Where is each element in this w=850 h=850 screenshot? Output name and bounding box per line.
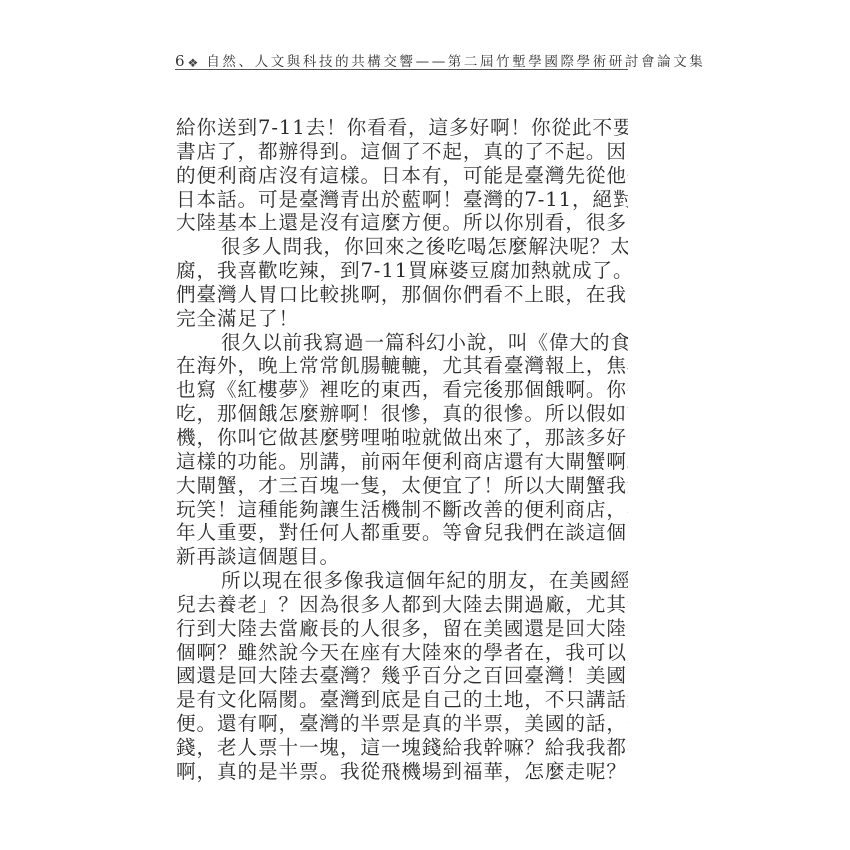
text-line: 給你送到7-11去！你看看，這多好啊！你從此不要去圖書館啦，也不用去大 xyxy=(176,116,628,140)
paragraph: 給你送到7-11去！你看看，這多好啊！你從此不要去圖書館啦，也不用去大 書店了，… xyxy=(176,116,628,235)
text-line: 日本話。可是臺灣青出於藍啊！臺灣的7-11，絕對超過日本、也超過大陸， xyxy=(176,188,628,212)
paragraph: 很多人問我，你回來之後吃喝怎麼解決呢？太簡單了！我要吃麻婆豆 腐，我喜歡吃辣，到… xyxy=(176,235,628,330)
text-line: 行到大陸去當廠長的人很多，留在美國還是回大陸去臺灣？最後決定是哪一 xyxy=(176,617,628,641)
text-line: 便。還有啊，臺灣的半票是真的半票，美國的話，去看電影，全票十二塊 xyxy=(176,712,628,736)
text-line: 錢，老人票十一塊，這一塊錢給我幹嘛？給我我都不要！臺灣的半票，各位 xyxy=(176,736,628,760)
text-line: 吃，那個餓怎麼辦啊！很慘，真的很慘。所以假如誰能發明一個食物製造 xyxy=(176,402,628,426)
text-line: 們臺灣人胃口比較挑啊，那個你們看不上眼，在我的話覺得已經是山珍海味 xyxy=(176,283,628,307)
text-line: 這樣的功能。別講，前兩年便利商店還有大閘蟹啊。別誤會了，那個是假的 xyxy=(176,450,628,474)
text-line: 完全滿足了！ xyxy=(176,307,628,331)
text-line: 大陸基本上還是沒有這麼方便。所以你別看，很多人是為了這個回來的。 xyxy=(176,211,628,235)
text-line: 的便利商店沒有這樣。日本有，可能是臺灣先從他們那邊學，「宅急便」是 xyxy=(176,164,628,188)
text-line: 兒去養老」？因為很多人都到大陸去開過廠，尤其我自己學電機，我們這一 xyxy=(176,593,628,617)
text-line: 啊，真的是半票。我從飛機場到福華，怎麼走呢？買張大友巴士一百四十 xyxy=(176,760,628,784)
text-line: 大閘蟹，才三百塊一隻，太便宜了！所以大閘蟹我還是在7-11吃的，不是開 xyxy=(176,474,628,498)
running-header: 6 ❖ 自然、人文與科技的共構交響——第二屆竹塹學國際學術研討會論文集 xyxy=(175,50,628,70)
text-line: 書店了，都辦得到。這個了不起，真的了不起。因為你到別的國家看，他們 xyxy=(176,140,628,164)
text-line: 年人重要，對任何人都重要。等會兒我們在談這個「V 托邦」的概念，會重 xyxy=(176,521,628,545)
paragraph: 所以現在很多像我這個年紀的朋友，在美國經常談的一個題目是「回哪 兒去養老」？因為… xyxy=(176,569,628,784)
body-text: 給你送到7-11去！你看看，這多好啊！你從此不要去圖書館啦，也不用去大 書店了，… xyxy=(176,116,628,784)
text-line: 是有文化隔閡。臺灣到底是自己的土地，不只講話通，你到哪裡都覺得方 xyxy=(176,688,628,712)
header-rule xyxy=(175,69,628,70)
text-line: 腐，我喜歡吃辣，到7-11買麻婆豆腐加熱就成了。咖哩雞飯它也有。當然你 xyxy=(176,259,628,283)
text-line: 個啊？雖然說今天在座有大陸來的學者在，我可以大膽說一句，決定留在美 xyxy=(176,641,628,665)
text-line: 新再談這個題目。 xyxy=(176,545,628,569)
text-line: 國還是回大陸去臺灣？幾乎百分之百回臺灣！美國留著太無聊，大陸的話還 xyxy=(176,664,628,688)
book-page: 6 ❖ 自然、人文與科技的共構交響——第二屆竹塹學國際學術研討會論文集 給你送到… xyxy=(0,0,850,850)
ornament-icon: ❖ xyxy=(188,56,199,70)
paragraph: 很久以前我寫過一篇科幻小說，叫《偉大的食物製造機》，因為那時我 在海外，晚上常常… xyxy=(176,331,628,569)
text-line: 玩笑！這種能夠讓生活機制不斷改善的便利商店，其實非常重要，不只對老 xyxy=(176,498,628,522)
text-line: 在海外，晚上常常飢腸轆轆，尤其看臺灣報上，焦桐在那邊寫，康來新老師 xyxy=(176,354,628,378)
text-line: 也寫《紅樓夢》裡吃的東西，看完後那個餓啊。你想，在海外半夜沒東西 xyxy=(176,378,628,402)
page-number: 6 xyxy=(175,52,185,70)
book-title: 自然、人文與科技的共構交響——第二屆竹塹學國際學術研討會論文集 xyxy=(206,50,705,70)
text-line: 很久以前我寫過一篇科幻小說，叫《偉大的食物製造機》，因為那時我 xyxy=(176,331,628,355)
text-line: 所以現在很多像我這個年紀的朋友，在美國經常談的一個題目是「回哪 xyxy=(176,569,628,593)
text-line: 很多人問我，你回來之後吃喝怎麼解決呢？太簡單了！我要吃麻婆豆 xyxy=(176,235,628,259)
text-line: 機，你叫它做甚麼劈哩啪啦就做出來了，那該多好啊！所以7-11基本上就有 xyxy=(176,426,628,450)
